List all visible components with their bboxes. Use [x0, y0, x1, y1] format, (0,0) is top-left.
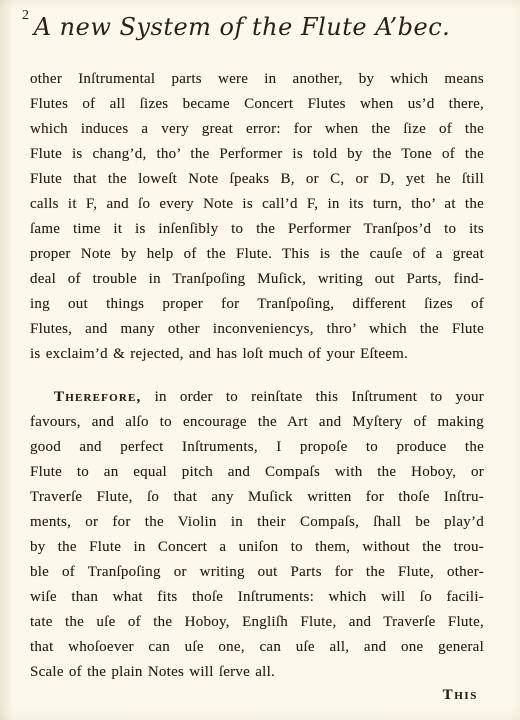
text-line: by the Flute in Concert a uniſon to them… — [30, 535, 484, 560]
text-line: which induces a very great error: for wh… — [30, 117, 484, 142]
small-caps-lead-word: Therefore, — [54, 389, 142, 405]
text-line: wiſe than what fits thoſe Inſtruments: w… — [30, 585, 484, 610]
paragraph-1: other Inſtrumental parts were in another… — [30, 67, 484, 367]
text-line: Therefore, in order to reinſtate this In… — [30, 385, 484, 410]
text-line: deal of trouble in Tranſpoſing Muſick, w… — [30, 267, 484, 292]
text-line: Scale of the plain Notes will ſerve all. — [30, 660, 484, 685]
text-line: tate the uſe of the Hoboy, Engliſh Flute… — [30, 610, 484, 635]
text-line: ſame time it is inſenſibly to the Perfor… — [30, 217, 484, 242]
catchword: This — [443, 687, 478, 704]
paragraph-2: Therefore, in order to reinſtate this In… — [30, 385, 484, 685]
text-line-rest: in order to reinſtate this Inſtrument to… — [155, 389, 484, 405]
text-line: proper Note by help of the Flute. This i… — [30, 242, 484, 267]
text-line: that whoſoever can uſe one, can uſe all,… — [30, 635, 484, 660]
text-line: good and perfect Inſtruments, I propoſe … — [30, 435, 484, 460]
text-line: Flute to an equal pitch and Compaſs with… — [30, 460, 484, 485]
text-line: Flute that the loweſt Note ſpeaks B, or … — [30, 167, 484, 192]
running-header-title: A new System of the Flute A’bec. — [30, 13, 454, 41]
text-line: Flutes, and many other inconveniencys, t… — [30, 317, 484, 342]
text-line: ble of Tranſpoſing or writing out Parts … — [30, 560, 484, 585]
text-line: calls it F, and ſo every Note is call’d … — [30, 192, 484, 217]
text-line: is exclaim’d & rejected, and has loſt mu… — [30, 342, 484, 367]
text-line: Traverſe Flute, ſo that any Muſick writt… — [30, 485, 484, 510]
text-line: Flutes of all ſizes became Concert Flute… — [30, 92, 484, 117]
text-line: ments, or for the Violin in their Compaſ… — [30, 510, 484, 535]
book-page: 2 A new System of the Flute A’bec. other… — [0, 0, 520, 720]
text-line: Flute is chang’d, tho’ the Performer is … — [30, 142, 484, 167]
text-line: ing out things proper for Tranſpoſing, d… — [30, 292, 484, 317]
page-number: 2 — [22, 8, 30, 24]
text-line: other Inſtrumental parts were in another… — [30, 67, 484, 92]
text-line: favours, and alſo to encourage the Art a… — [30, 410, 484, 435]
